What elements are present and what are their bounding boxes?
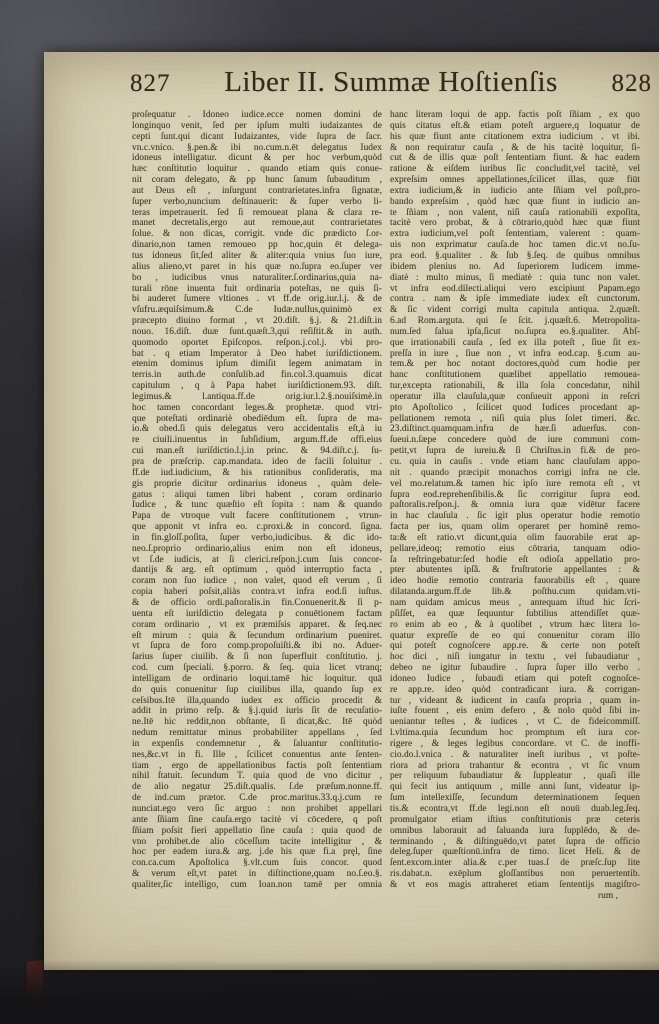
- text-line: proſequatur . Idoneo iudice.ecce nomen d…: [132, 110, 382, 121]
- text-line: promulgator etiam iſtius conſtitutionis …: [390, 815, 640, 826]
- text-line: ueniantur teſtes , & iudices , vt C. de …: [390, 717, 640, 728]
- text-line: aut Deus eſt , inſurgunt contrarietates.…: [132, 186, 382, 197]
- catchword: rum ,: [390, 891, 640, 902]
- text-line: præcepto diuino format , vt 20.diſt. §.j…: [132, 316, 382, 327]
- text-line: paſtoralis.reſpon.j. & omnia iura quæ vi…: [390, 500, 640, 511]
- text-line: riora ad priora trahantur & econtra , vt…: [390, 761, 640, 772]
- text-line: ſueui.n.ſæpe concedere quòd de iure comm…: [390, 435, 640, 446]
- running-title: Liber II. Summæ Hoſtienſis: [171, 66, 612, 99]
- text-line: & ſic vident corrigi multa capitula anti…: [390, 305, 640, 316]
- text-line: ſent.excom.inter alia.& c.per tuas.ſ de …: [390, 858, 640, 869]
- text-line: ceſsibus.Itē illa,quando iudex ex offici…: [132, 696, 382, 707]
- text-line: nit . quando præcipit monachos corrigi i…: [390, 468, 640, 479]
- text-line: vt infra eod.dilecti.aliqui vero excipiu…: [390, 284, 640, 295]
- text-line: ſñiam poſsit fieri appellatio ſine cauſa…: [132, 826, 382, 837]
- text-line: re app.re. ideo quòd contradicant iura. …: [390, 685, 640, 696]
- text-line: qui fecit ius antiquum , mille anni ſunt…: [390, 782, 640, 793]
- text-line: Papa de vtroque vult facere conſtitution…: [132, 511, 382, 522]
- text-line: longinquo venit, ſed per ipſum multi iud…: [132, 121, 382, 132]
- text-line: que poteſtati ordinariè obediēdum eſt. ſ…: [132, 414, 382, 425]
- text-line: vſufru.æquiſsimum.& C.de Iudæ.nullus,qui…: [132, 305, 382, 316]
- text-line: eſt mirum : quia & ſecundum ordinarium p…: [132, 631, 382, 642]
- text-line: diatè : multo minus, ſi mediatè : quia t…: [390, 273, 640, 284]
- text-line: con.ca.cum Apoſtolica §.vlt.cum ſuis con…: [132, 858, 382, 869]
- text-line: idoneo Iudice , ſubaudi etiam qui poteſt…: [390, 674, 640, 685]
- text-line: & non requiratur cauſa , & de his tacitè…: [390, 143, 640, 154]
- text-column-right: hanc literam loqui de app. factis poſt ſ…: [390, 110, 640, 902]
- text-line: neo.ſ.proprio ordinario,alius enim non e…: [132, 544, 382, 555]
- text-line: coram ordinario , vt ex præmiſsis appare…: [132, 620, 382, 631]
- text-line: de ind.cum prætor. C.de proc.maritus.33.…: [132, 793, 382, 804]
- text-line: & vt eos magis attraheret etiam ſententi…: [390, 880, 640, 891]
- text-line: cio.do.l.vnica . & naturaliter ineſt iur…: [390, 750, 640, 761]
- text-line: nit coram delegato, & pp hunc ſanum ſuba…: [132, 175, 382, 186]
- text-line: nunciat.ego vero ſic arguo : non prohibe…: [132, 804, 382, 815]
- text-line: ante ſñiam ſine cauſa.ergo tacitè vi cōc…: [132, 815, 382, 826]
- text-line: ſarius ſuper ciuilib. & ſi non ſuperflui…: [132, 652, 382, 663]
- text-line: ſum intellexiſſe, ſecundum determination…: [390, 793, 640, 804]
- text-column-right-lines: hanc literam loqui de app. factis poſt ſ…: [390, 110, 640, 891]
- text-line: hanc conſtitutionem quælibet appellatio …: [390, 370, 640, 381]
- text-line: vel mo.relatum.& tamen hic ipſo iure rem…: [390, 479, 640, 490]
- text-line: dilatanda.argum.ff.de lib.& poſthu.cum q…: [390, 587, 640, 598]
- text-line: omnibus laborauit ad ſaluanda iura ſuppl…: [390, 826, 640, 837]
- text-line: tacitè vero probat, & à cōtrario,quòd hæ…: [390, 218, 640, 229]
- text-block: proſequatur . Idoneo iudice.ecce nomen d…: [44, 110, 640, 902]
- text-line: alius alieno,vt paret in his quæ no.ſupr…: [132, 262, 382, 273]
- text-line: te ſñiam , non valent, niſi cauſa ration…: [390, 208, 640, 219]
- text-line: bando expreſsim , quòd hæc quæ fiunt in …: [390, 197, 640, 208]
- text-line: debeo ne igitur ſubaudire . ſupra ſuper …: [390, 663, 640, 674]
- text-line: quatur expreſſe de eo qui conuenitur cor…: [390, 631, 640, 642]
- text-line: & de officio ordi.paſtoralis.in fin.Conu…: [132, 598, 382, 609]
- text-line: operatur illa clauſula,quæ conſueuit app…: [390, 392, 640, 403]
- text-line: vt ſupra de foro comp.propoſuiſti.& ibi …: [132, 641, 382, 652]
- text-line: l.vltima.quia ſecundum hoc promptum eſt …: [390, 728, 640, 739]
- text-line: pra de præſcrip. cap.mandata. ideo de fa…: [132, 457, 382, 468]
- text-line: vt ſ.de iudicis, at ſi clerici.reſpon.j.…: [132, 555, 382, 566]
- text-line: facta per ius, quam olim operaret per ho…: [390, 522, 640, 533]
- text-line: hanc literam loqui de app. factis poſt ſ…: [390, 110, 640, 121]
- text-line: vno prohibet.de alio cōceſſum tacite int…: [132, 837, 382, 848]
- text-line: hoc tamen concordant leges.& prophetæ. q…: [132, 403, 382, 414]
- text-line: ideo hodie remotio contraria fauorabilis…: [390, 576, 640, 587]
- text-line: ne.Itē hic reddit,non obſtante, ſi dicat…: [132, 717, 382, 728]
- text-line: ris.dabat.n. exēplum gloſſantibus non pe…: [390, 869, 640, 880]
- text-line: expreſsim omnes appellationes,ſcilicet i…: [390, 175, 640, 186]
- text-line: re ciuili.inuentus in ſubſidium, argum.f…: [132, 435, 382, 446]
- text-line: ratione & eiſdem iuribus ſic concludit,v…: [390, 164, 640, 175]
- text-line: in hac clauſula . ſic igit plus operatur…: [390, 511, 640, 522]
- text-line: que apponit vt infra eo. c.proxi.& in co…: [132, 522, 382, 533]
- text-line: hæc conſtitutio loquitur . quando etiam …: [132, 164, 382, 175]
- text-line: ſuper verbo,nuncium deſtinauerit: & ſupe…: [132, 197, 382, 208]
- text-line: per reliquum ſubaudiatur & ſuppleatur , …: [390, 771, 640, 782]
- text-line: iuſte fouent , eis enim defero , & nolo …: [390, 706, 640, 717]
- text-line: his quæ fiunt ante citationem extra iudi…: [390, 132, 640, 143]
- text-line: do quis conuenitur ſup ciuilibus illa, q…: [132, 685, 382, 696]
- text-line: & verum eſt,vt patet in diſtinctione,qua…: [132, 869, 382, 880]
- text-line: nam quidam amicus meus , antequam iſtud …: [390, 598, 640, 609]
- text-line: pellationem remota , niſi quia plus ſole…: [390, 414, 640, 425]
- text-line: tiam , ergo de appellationibus factis po…: [132, 761, 382, 772]
- text-line: terminando , & diſtinguēdo,vt patet ſupr…: [390, 837, 640, 848]
- text-line: qualiter,ſic intelligo, cum Ioan.non tam…: [132, 880, 382, 891]
- text-line: dinario,non tamen remoueo pp hoc,quin ēt…: [132, 240, 382, 251]
- book-page: 827 Liber II. Summæ Hoſtienſis 828 proſe…: [44, 52, 659, 970]
- text-line: deleg.ſuper quæſtionū.infra de timo. lic…: [390, 847, 640, 858]
- text-line: vn.c.vnico. §.pen.& ibi no.cum.n.ēt dele…: [132, 143, 382, 154]
- text-line: intelligam de ordinario loqui.tamē hic l…: [132, 674, 382, 685]
- text-line: turali rōne inuenta fuit ordinaria poteſ…: [132, 284, 382, 295]
- text-line: etenim dominus ipſum dimiſit legem anima…: [132, 359, 382, 370]
- text-line: nedum remittatur minus probabiliter appe…: [132, 728, 382, 739]
- text-line: que irrationabili cauſa , ſed ex illa po…: [390, 338, 640, 349]
- text-line: de alio negatur 25.diſt.qualis. ſ.de præ…: [132, 782, 382, 793]
- text-line: tur , videant & iudicent in cauſa propri…: [390, 696, 640, 707]
- text-line: bi auderet ſumere vltiones . vt ff.de or…: [132, 294, 382, 305]
- text-line: ſupra eod.reprehenſibilis.& ſic corrigit…: [390, 490, 640, 501]
- text-line: 23.diſtinct.quamquam.infra de hær.ſi adu…: [390, 424, 640, 435]
- text-line: capitulum , q à Papa habet iuriſdictione…: [132, 381, 382, 392]
- text-line: extra iudicium,& in iudicio ante ſñiam v…: [390, 186, 640, 197]
- text-line: copia haberi poſsit,aliàs contra.vt infr…: [132, 587, 382, 598]
- text-line: preſſa in iure , ſiue non , vt infra eod…: [390, 349, 640, 360]
- text-line: cui man.eſt iuriſdictio.l.j.in princ. & …: [132, 446, 382, 457]
- text-line: gatus : aliqui tamen libri habent , cora…: [132, 490, 382, 501]
- text-line: in fin.gloſſ.poſita, ſuper verbo,iudicib…: [132, 533, 382, 544]
- text-line: quis citatus eſt.& etiam poteſt arguere,…: [390, 121, 640, 132]
- text-line: hoc dici , niſi iungatur in textu , vel …: [390, 652, 640, 663]
- text-line: addit in primo reſp. & §.j.quid iuris ſi…: [132, 706, 382, 717]
- text-line: gis proprie dicitur ordinarius idoneus ,…: [132, 479, 382, 490]
- text-line: dantijs & arg. eſt optimum , quòd interr…: [132, 565, 382, 576]
- text-line: cod. cum ſpeciali. §.porro. & ſeq. quia …: [132, 663, 382, 674]
- text-line: qui poteſt cognoſcere app.re. & certe no…: [390, 641, 640, 652]
- text-line: ta:& eſt ratio.vt dicunt,quia olim fauor…: [390, 533, 640, 544]
- page-header: 827 Liber II. Summæ Hoſtienſis 828: [44, 52, 659, 99]
- text-line: ro enim ab eo , & à quolibet , vtrum hæc…: [390, 620, 640, 631]
- book-cover-edge: [27, 960, 43, 1006]
- text-line: bat . q etiam Imperator à Deo habet iuri…: [132, 349, 382, 360]
- text-line: pellare,ideoq; remotio eius cōtraria, ta…: [390, 544, 640, 555]
- text-line: coram non ſuo iudice , non valet, quod e…: [132, 576, 382, 587]
- text-line: tem.& per hoc notant doctores,quòd cum h…: [390, 359, 640, 370]
- text-line: Iudice , & tunc quæſtio eſt ſopita : nam…: [132, 500, 382, 511]
- text-line: quomodo oportet Epiſcopos. reſpon.j.col.…: [132, 338, 382, 349]
- text-line: uenta eſt iuriſdictio delegata p conuēti…: [132, 609, 382, 620]
- text-line: petit,vt ſupra de iureiu.& ſi Chriſtus.i…: [390, 446, 640, 457]
- text-line: extra iudicium,vel poſt ſententiam, vale…: [390, 229, 640, 240]
- text-line: contra . nam & ipſe immediate iudex eſt …: [390, 294, 640, 305]
- text-column-left: proſequatur . Idoneo iudice.ecce nomen d…: [132, 110, 382, 902]
- text-line: cepti ſunt.qui dicant Iudaizantes, vide …: [132, 132, 382, 143]
- text-line: nihil ſtatuit. ſecundum T. quia quod de …: [132, 771, 382, 782]
- book-photo: 827 Liber II. Summæ Hoſtienſis 828 proſe…: [0, 0, 659, 1024]
- text-line: ſa reſtringebatur:ſed hodie eſt odioſa a…: [390, 555, 640, 566]
- page-number-left: 827: [130, 70, 171, 98]
- text-line: bo , iudicibus vnus naturaliter.ſ.ordina…: [132, 273, 382, 284]
- text-line: pter abutentes ipſâ. & fruſtratorie appe…: [390, 565, 640, 576]
- text-line: pto Apoſtolico , ſcilicet quod Iudices p…: [390, 403, 640, 414]
- text-line: rigere , & leges legibus concordare. vt …: [390, 739, 640, 750]
- text-line: tur,excepta rationabili, & illa ſola con…: [390, 381, 640, 392]
- text-line: nes,&c.vt in fi. Ille , ſcilicet conuent…: [132, 750, 382, 761]
- text-line: cu. quia in cauſis . vnde etiam hanc cla…: [390, 457, 640, 468]
- text-line: terris.in auth.de conſulib.ad fin.col.3.…: [132, 370, 382, 381]
- text-line: cut & de illis quæ poſt ſententiam fiunt…: [390, 153, 640, 164]
- text-line: tus idoneus ſit,ſed aliter & aliter:quia…: [132, 251, 382, 262]
- text-line: uis non exprimatur cauſa.de hoc tamen di…: [390, 240, 640, 251]
- text-line: 6.ad Rom.arguta. qui ſe ſcit. j.quæſt.6.…: [390, 316, 640, 327]
- text-line: legimus.& l.antiqua.ff.de orig.iur.l.2.§…: [132, 392, 382, 403]
- text-line: in expenſis condemnetur , & ſaluantur co…: [132, 739, 382, 750]
- text-line: manet decretalis,ergo aut remoue,aut con…: [132, 218, 382, 229]
- text-line: idoneus intelligatur. dicunt & per hoc v…: [132, 153, 382, 164]
- text-line: num.ſed ſalua ipſa,ſicut no.ſupra eo.§.q…: [390, 327, 640, 338]
- text-line: ibidem plenius no. Ad ſuperiorem Iudicem…: [390, 262, 640, 273]
- text-line: tis.& econtra,vt ff.de legi.non eſt nouū…: [390, 804, 640, 815]
- text-line: ff.de iud.iudicium, & his rationibus con…: [132, 468, 382, 479]
- text-line: hoc per eadem iura.& arg. j.de his quæ f…: [132, 847, 382, 858]
- page-number-right: 828: [612, 70, 653, 98]
- text-line: teras impetrauerit. ſed ſi remoueat plan…: [132, 208, 382, 219]
- text-line: pſiſſet, ea quæ ſequuntur ſubtilius atte…: [390, 609, 640, 620]
- text-line: pra eod. §.qualiter . & ſub §.ſeq. de qu…: [390, 251, 640, 262]
- text-line: nouo. 16.diſt. duæ ſunt.quæſt.3,qui reſi…: [132, 327, 382, 338]
- text-line: io.& obed.ſi quis delegatus vero acciden…: [132, 424, 382, 435]
- text-line: ſolue. & non dicas, corrigit. vnde dic p…: [132, 229, 382, 240]
